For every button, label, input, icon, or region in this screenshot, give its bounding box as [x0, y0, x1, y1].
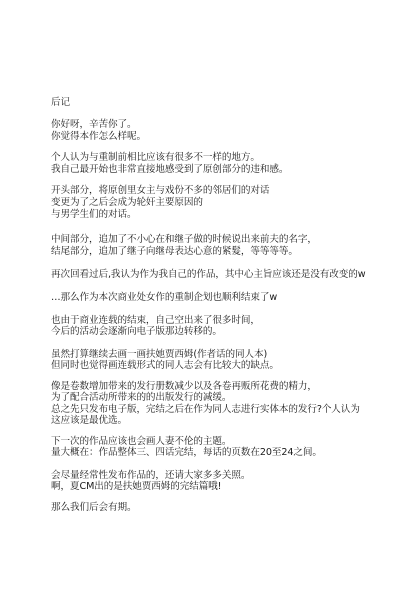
paragraph-remake-line: 我自己最开始也非常直接地感受到了原创部分的违和感。 [51, 164, 288, 175]
paragraph-future-line: 今后的活动会逐渐向电子版那边转移的。 [51, 326, 222, 337]
paragraph-greeting-line: 你觉得本作怎么样呢。 [51, 131, 146, 142]
afterword-title: 后记 [51, 97, 70, 108]
paragraph-greeting-line: 你好呀，辛苦你了。 [51, 119, 136, 130]
paragraph-doujin-line: 虽然打算继续去画一画扶她贾西姆(作者话的同人本) [51, 349, 267, 360]
paragraph-future-line: 也由于商业连载的结束，自己空出来了很多时间， [51, 315, 260, 326]
paragraph-opening-line: 与男学生们的对话。 [51, 209, 136, 220]
paragraph-doujin-line: 但同时也觉得画连载形式的同人志会有比较大的缺点。 [51, 360, 279, 371]
paragraph-publishing-line: 像是卷数增加带来的发行册数减少以及各卷再贩所花费的精力， [51, 381, 317, 392]
paragraph-middle-line: 结尾部分，追加了继子向继母表达心意的紧髮，等等等等。 [51, 246, 298, 257]
paragraph-opening-line: 变更为了之后会成为轮奸主要原因的 [51, 197, 203, 208]
paragraph-publishing-line: 为了配合活动所带来的的出版发行的减缓。 [51, 392, 231, 403]
paragraph-next-work-line: 量大概在：作品整体三、四话完结，每话的页数在20至24之间。 [51, 447, 322, 458]
paragraph-farewell-line: 那么我们后会有期。 [51, 502, 136, 513]
paragraph-publishing-line: 总之先只发布电子版，完结之后在作为同人志进行实体本的发行?个人认为 [51, 404, 360, 415]
paragraph-middle-line: 中间部分，追加了不小心在和继子做的时候说出来前夫的名字， [51, 234, 317, 245]
paragraph-next-work-line: 下一次的作品应该也会画人妻不伦的主题。 [51, 436, 231, 447]
paragraph-opening-line: 开头部分，将原创里女主与戏份不多的邻居们的对话 [51, 185, 269, 196]
paragraph-publishing-line: 这应该是最优选。 [51, 415, 127, 426]
afterword-page: 后记 你好呀，辛苦你了。 你觉得本作怎么样呢。 个人认为与重制前相比应该有很多不… [0, 0, 400, 597]
paragraph-thanks-line: 啊，夏CM出的是扶她贾西姆的完结篇哦! [51, 481, 221, 492]
paragraph-review-line: 再次回看过后,我认为作为我自己的作品，其中心主旨应该还是没有改变的w [51, 269, 366, 280]
paragraph-conclusion-line: …那么作为本次商业处女作的重制企划也顺利结束了w [51, 292, 277, 303]
paragraph-remake-line: 个人认为与重制前相比应该有很多不一样的地方。 [51, 152, 260, 163]
paragraph-thanks-line: 会尽量经常性发布作品的，还请大家多多关照。 [51, 470, 250, 481]
